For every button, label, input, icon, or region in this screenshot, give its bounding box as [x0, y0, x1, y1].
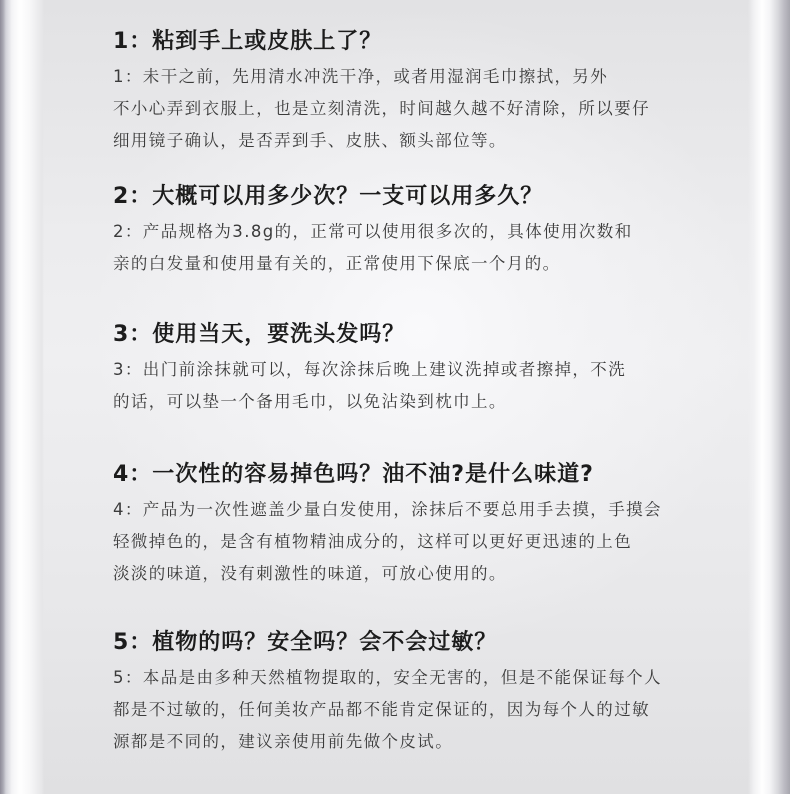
answer-line: 4：产品为一次性遮盖少量白发使用，涂抹后不要总用手去摸，手摸会	[113, 494, 753, 526]
faq-question: 5：植物的吗？安全吗？会不会过敏？	[113, 628, 753, 658]
faq-answer: 2：产品规格为3.8g的，正常可以使用很多次的，具体使用次数和 亲的白发量和使用…	[113, 216, 753, 280]
faq-answer: 3：出门前涂抹就可以，每次涂抹后晚上建议洗掉或者擦掉，不洗 的话，可以垫一个备用…	[113, 354, 753, 418]
answer-line: 源都是不同的，建议亲使用前先做个皮试。	[113, 726, 753, 758]
answer-line: 5：本品是由多种天然植物提取的，安全无害的，但是不能保证每个人	[113, 662, 753, 694]
right-edge-pillar	[748, 0, 790, 794]
faq-answer: 5：本品是由多种天然植物提取的，安全无害的，但是不能保证每个人 都是不过敏的，任…	[113, 662, 753, 758]
faq-item-3: 3：使用当天，要洗头发吗？ 3：出门前涂抹就可以，每次涂抹后晚上建议洗掉或者擦掉…	[113, 320, 753, 418]
answer-line: 细用镜子确认，是否弄到手、皮肤、额头部位等。	[113, 125, 753, 157]
faq-item-4: 4：一次性的容易掉色吗？油不油?是什么味道? 4：产品为一次性遮盖少量白发使用，…	[113, 460, 753, 590]
left-edge-pillar	[0, 0, 44, 794]
answer-line: 轻微掉色的，是含有植物精油成分的，这样可以更好更迅速的上色	[113, 526, 753, 558]
answer-line: 淡淡的味道，没有刺激性的味道，可放心使用的。	[113, 558, 753, 590]
answer-line: 2：产品规格为3.8g的，正常可以使用很多次的，具体使用次数和	[113, 216, 753, 248]
answer-line: 1：未干之前，先用清水冲洗干净，或者用湿润毛巾擦拭，另外	[113, 61, 753, 93]
faq-item-5: 5：植物的吗？安全吗？会不会过敏？ 5：本品是由多种天然植物提取的，安全无害的，…	[113, 628, 753, 758]
answer-line: 亲的白发量和使用量有关的，正常使用下保底一个月的。	[113, 248, 753, 280]
faq-item-2: 2：大概可以用多少次？一支可以用多久？ 2：产品规格为3.8g的，正常可以使用很…	[113, 182, 753, 280]
answer-line: 不小心弄到衣服上，也是立刻清洗，时间越久越不好清除，所以要仔	[113, 93, 753, 125]
faq-question: 3：使用当天，要洗头发吗？	[113, 320, 753, 350]
faq-question: 1：粘到手上或皮肤上了？	[113, 27, 753, 57]
answer-line: 3：出门前涂抹就可以，每次涂抹后晚上建议洗掉或者擦掉，不洗	[113, 354, 753, 386]
answer-line: 都是不过敏的，任何美妆产品都不能肯定保证的，因为每个人的过敏	[113, 694, 753, 726]
faq-question: 4：一次性的容易掉色吗？油不油?是什么味道?	[113, 460, 753, 490]
faq-answer: 4：产品为一次性遮盖少量白发使用，涂抹后不要总用手去摸，手摸会 轻微掉色的，是含…	[113, 494, 753, 590]
faq-item-1: 1：粘到手上或皮肤上了？ 1：未干之前，先用清水冲洗干净，或者用湿润毛巾擦拭，另…	[113, 27, 753, 157]
faq-question: 2：大概可以用多少次？一支可以用多久？	[113, 182, 753, 212]
faq-answer: 1：未干之前，先用清水冲洗干净，或者用湿润毛巾擦拭，另外 不小心弄到衣服上，也是…	[113, 61, 753, 157]
answer-line: 的话，可以垫一个备用毛巾，以免沾染到枕巾上。	[113, 386, 753, 418]
